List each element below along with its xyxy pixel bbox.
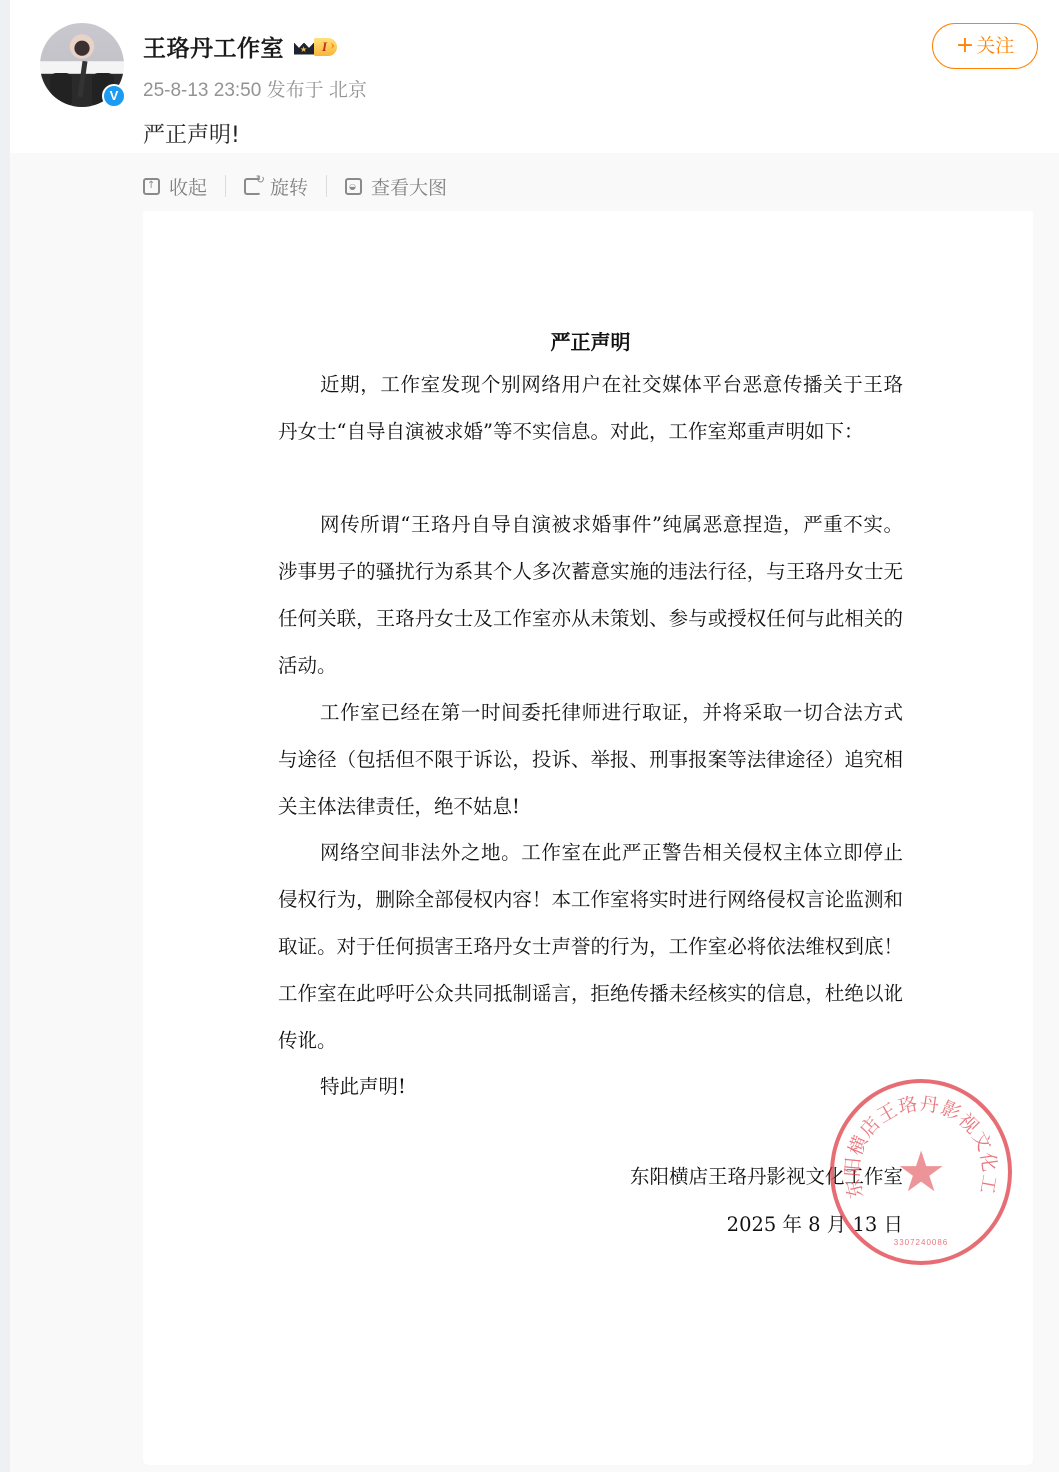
avatar-detail [50, 73, 72, 107]
statement-paragraph: 工作室已经在第一时间委托律师进行取证，并将采取一切合法方式与途径（包括但不限于诉… [278, 689, 903, 830]
statement-image[interactable]: 严正声明 近期，工作室发现个别网络用户在社交媒体平台恶意传播关于王珞丹女士“自导… [143, 211, 1033, 1465]
left-strip [0, 0, 10, 1472]
collapse-label: 收起 [169, 173, 207, 200]
image-toolbar: 收起 旋转 查看大图 [143, 171, 447, 201]
avatar-detail [78, 61, 88, 97]
follow-button[interactable]: +关注 [932, 23, 1038, 69]
view-large-image-icon [345, 178, 362, 195]
seal-star-icon: ★ [896, 1145, 946, 1201]
signature-org: 东阳横店王珞丹影视文化工作室 [630, 1161, 903, 1189]
plus-icon: + [956, 33, 974, 58]
post-location: 发布于 北京 [267, 80, 367, 101]
member-badge[interactable]: ★ I [292, 36, 337, 58]
author-name[interactable]: 王珞丹工作室 [143, 30, 284, 63]
statement-paragraph: 网络空间非法外之地。工作室在此严正警告相关侵权主体立即停止侵权行为，删除全部侵权… [278, 829, 903, 1064]
toolbar-divider [225, 175, 226, 197]
rotate-label: 旋转 [270, 173, 308, 200]
signature-date: 2025 年 8 月 13 日 [727, 1209, 903, 1237]
view-large-image-label: 查看大图 [371, 173, 447, 200]
post-timestamp[interactable]: 25-8-13 23:50 [143, 80, 261, 101]
member-level: I [314, 38, 337, 56]
crown-icon: ★ [292, 38, 316, 56]
view-large-image-button[interactable]: 查看大图 [345, 173, 447, 200]
collapse-icon [143, 178, 160, 195]
verified-badge-icon: V [102, 84, 126, 108]
post-text: 严正声明! [143, 118, 240, 149]
rotate-button[interactable]: 旋转 [244, 173, 308, 200]
collapse-button[interactable]: 收起 [143, 173, 207, 200]
statement-closing: 特此声明! [278, 1063, 903, 1110]
statement-title: 严正声明 [278, 326, 903, 355]
statement-paragraph: 网传所谓“王珞丹自导自演被求婚事件”纯属恶意捏造，严重不实。涉事男子的骚扰行为系… [278, 501, 903, 689]
follow-label: 关注 [976, 35, 1014, 57]
seal-number: 3307240086 [834, 1238, 1008, 1247]
post-meta: 25-8-13 23:50 发布于 北京 [143, 75, 367, 102]
author-row: 王珞丹工作室 ★ I [143, 30, 337, 63]
toolbar-divider [326, 175, 327, 197]
rotate-icon [244, 178, 261, 195]
statement-paragraph: 近期，工作室发现个别网络用户在社交媒体平台恶意传播关于王珞丹女士“自导自演被求婚… [278, 361, 903, 455]
